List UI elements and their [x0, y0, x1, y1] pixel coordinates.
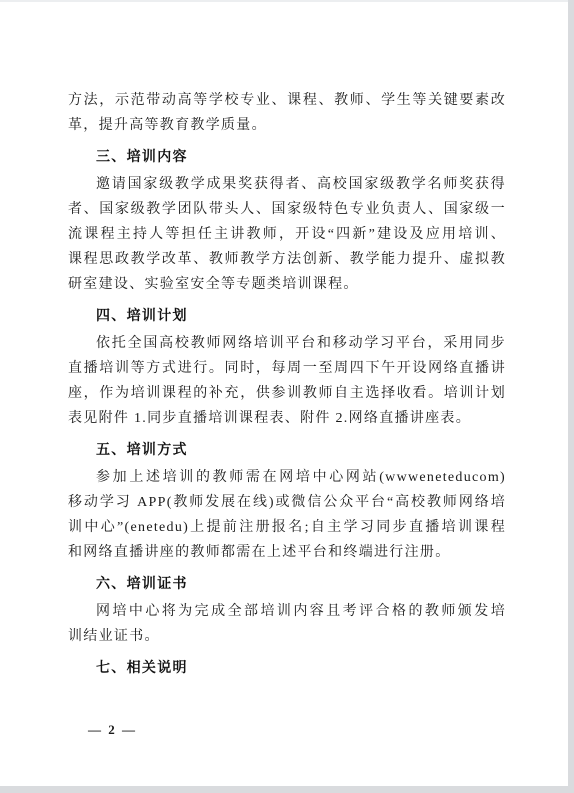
section-heading: 四、培训计划: [68, 304, 506, 329]
document-body: 方法，示范带动高等学校专业、课程、教师、学生等关键要素改革，提升高等教育教学质量…: [68, 88, 506, 683]
body-line: 革，提升高等教育教学质量。: [68, 113, 506, 138]
body-line: 训中心”(enetedu)上提前注册报名;自主学习同步直播培训课程: [68, 515, 506, 540]
body-line: 和网络直播讲座的教师都需在上述平台和终端进行注册。: [68, 540, 506, 565]
section-heading: 五、培训方式: [68, 438, 506, 463]
body-line: 邀请国家级教学成果奖获得者、高校国家级教学名师奖获得: [68, 172, 506, 197]
page-edge-right: [568, 0, 574, 793]
section-heading: 三、培训内容: [68, 145, 506, 170]
body-line: 表见附件 1.同步直播培训课程表、附件 2.网络直播讲座表。: [68, 406, 506, 431]
body-line: 参加上述培训的教师需在网培中心网站(wwweneteducom): [68, 465, 506, 490]
body-line: 直播培训等方式进行。同时，每周一至周四下午开设网络直播讲: [68, 356, 506, 381]
body-line: 网培中心将为完成全部培训内容且考评合格的教师颁发培: [68, 599, 506, 624]
body-line: 移动学习 APP(教师发展在线)或微信公众平台“高校教师网络培: [68, 490, 506, 515]
page-number: — 2 —: [88, 722, 137, 738]
section-heading: 七、相关说明: [68, 656, 506, 681]
page-edge-top: [0, 0, 574, 2]
body-line: 课程思政教学改革、教师教学方法创新、教学能力提升、虚拟教: [68, 247, 506, 272]
page-edge-bottom: [0, 786, 574, 793]
body-line: 座，作为培训课程的补充，供参训教师自主选择收看。培训计划: [68, 381, 506, 406]
body-line: 方法，示范带动高等学校专业、课程、教师、学生等关键要素改: [68, 88, 506, 113]
body-line: 依托全国高校教师网络培训平台和移动学习平台，采用同步: [68, 331, 506, 356]
body-line: 流课程主持人等担任主讲教师，开设“四新”建设及应用培训、: [68, 222, 506, 247]
body-line: 者、国家级教学团队带头人、国家级特色专业负责人、国家级一: [68, 197, 506, 222]
document-page: 方法，示范带动高等学校专业、课程、教师、学生等关键要素改革，提升高等教育教学质量…: [0, 0, 574, 793]
section-heading: 六、培训证书: [68, 572, 506, 597]
body-line: 研室建设、实验室安全等专题类培训课程。: [68, 272, 506, 297]
body-line: 训结业证书。: [68, 624, 506, 649]
